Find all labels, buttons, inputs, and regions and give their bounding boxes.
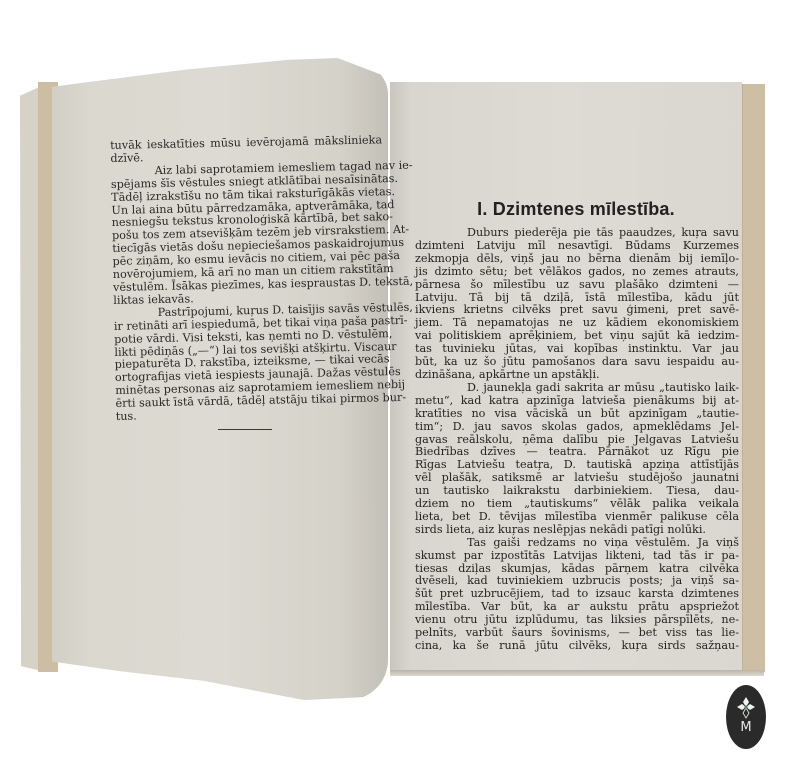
svg-text:M: M — [740, 720, 751, 735]
right-page-bottom-edge — [390, 670, 764, 676]
text-line: pārnesa šo mīlestību uz savu plašāko dzi… — [415, 279, 739, 292]
watermark-logo: M — [726, 685, 766, 749]
text-line: metu“, kad katra apzinīga latvieša pienā… — [415, 395, 739, 408]
section-divider-rule — [218, 429, 272, 430]
text-line: Tas gaiši redzams no viņa vēstulēm. Ja v… — [415, 537, 739, 550]
text-line: Duburs piederēja pie tās paaudzes, kuŗa … — [415, 227, 739, 240]
text-line: jis dzimto sētu; bet vēlākos gados, no z… — [415, 266, 739, 279]
text-line: skumst par izpostītās Latvijas likteni, … — [415, 550, 739, 563]
open-book-photo: tuvāk ieskatīties mūsu ievērojamā māksli… — [0, 0, 785, 768]
right-page-text: Duburs piederēja pie tās paaudzes, kuŗa … — [415, 227, 739, 653]
left-page-text: tuvāk ieskatīties mūsu ievērojamā māksli… — [110, 134, 388, 424]
text-line: D. jaunekļa gadi sakrita ar mūsu „tautis… — [415, 382, 739, 395]
text-line: tim“; D. jau savos skolas gados, apmeklē… — [415, 421, 739, 434]
ornament-monogram-icon: M — [726, 685, 766, 749]
text-line: kratīties no visa vāciskā un būt apzinīg… — [415, 408, 739, 421]
text-line: sirds lieta, aiz kuŗas neslēpjas nekādi … — [415, 524, 739, 537]
text-line: lieta, bet D. tēvijas mīlestība vienmēr … — [415, 511, 739, 524]
right-page-stack-edge — [742, 84, 765, 672]
text-line: dzimteni Latviju mīl nesavtīgi. Būdams K… — [415, 240, 739, 253]
chapter-title: I. Dzimtenes mīlestība. — [410, 199, 742, 220]
text-line: cina, ka še runā jūtu cilvēks, kuŗa sird… — [415, 640, 739, 653]
text-line: dzināšana, apkārtne un apstākļi. — [415, 369, 739, 382]
text-line: zekmopja dēls, viņš jau no bērna dienām … — [415, 253, 739, 266]
text-line: dziem no tiem „tautiskums“ vēlāk palika … — [415, 498, 739, 511]
